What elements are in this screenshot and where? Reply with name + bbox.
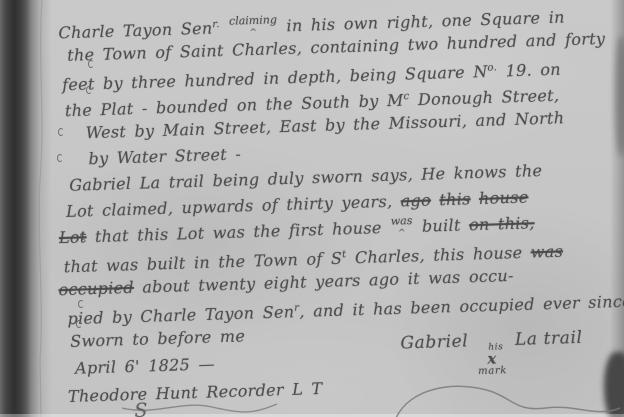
text-segment: , and it has been occupied ever since: [299, 292, 624, 321]
struck-word: on this,: [469, 213, 535, 234]
superscript: o.: [487, 62, 497, 73]
clipped-previous-line: Theodore Hunt Recorder L T: [101, 0, 397, 5]
his-label: his: [488, 343, 503, 352]
superscript: r.: [212, 19, 220, 30]
struck-word: this: [439, 189, 471, 209]
inserted-word: claiming^: [229, 17, 277, 34]
margin-ink-mark: [57, 154, 63, 162]
witness-signature: Gabriel his x mark La trail: [400, 328, 583, 376]
his-x-mark: his x mark: [477, 345, 507, 373]
margin-ink-mark: [76, 320, 82, 328]
inserted-word: was^: [391, 217, 413, 234]
margin-ink-mark: [88, 60, 94, 68]
text-segment: 19. on: [505, 60, 561, 81]
margin-ink-mark: [58, 128, 64, 136]
struck-word: occupied: [58, 278, 134, 299]
struck-word: was: [530, 242, 563, 262]
text-segment: built: [422, 216, 461, 236]
margin-ink-mark: [86, 86, 92, 94]
text-segment: Charle Tayon Sen: [58, 19, 213, 43]
text-segment: by Water Street -: [88, 144, 241, 168]
text-segment: Sworn to before me: [70, 326, 246, 350]
text-line: Sworn to before me: [70, 326, 246, 351]
superscript: c: [403, 91, 409, 102]
text-segment: Charles, this house: [355, 243, 523, 267]
text-line: by Water Street -: [88, 144, 241, 169]
text-segment: pied by Charle Tayon Sen: [67, 302, 294, 328]
signature-last-name: La trail: [515, 328, 583, 350]
margin-ink-mark: [80, 232, 86, 240]
margin-ink-mark: [78, 300, 84, 308]
text-segment: that this Lot was the first house: [95, 218, 382, 246]
text-segment: Lot claimed, upwards of thirty years,: [66, 192, 393, 221]
mark-label: mark: [478, 366, 507, 376]
manuscript-page: Theodore Hunt Recorder L T Charle Tayon …: [0, 0, 624, 417]
x-mark: x: [487, 354, 497, 363]
text-segment: Donough Street,: [418, 86, 560, 109]
signature-first-name: Gabriel: [400, 331, 468, 353]
signature-flourish: [120, 398, 280, 416]
text-segment: April 6' 1825 —: [75, 354, 215, 377]
text-line: April 6' 1825 —: [75, 354, 215, 378]
pen-flourish: [388, 378, 624, 417]
superscript: t: [342, 249, 347, 260]
struck-word: ago: [400, 190, 431, 210]
struck-word: house: [479, 187, 529, 208]
